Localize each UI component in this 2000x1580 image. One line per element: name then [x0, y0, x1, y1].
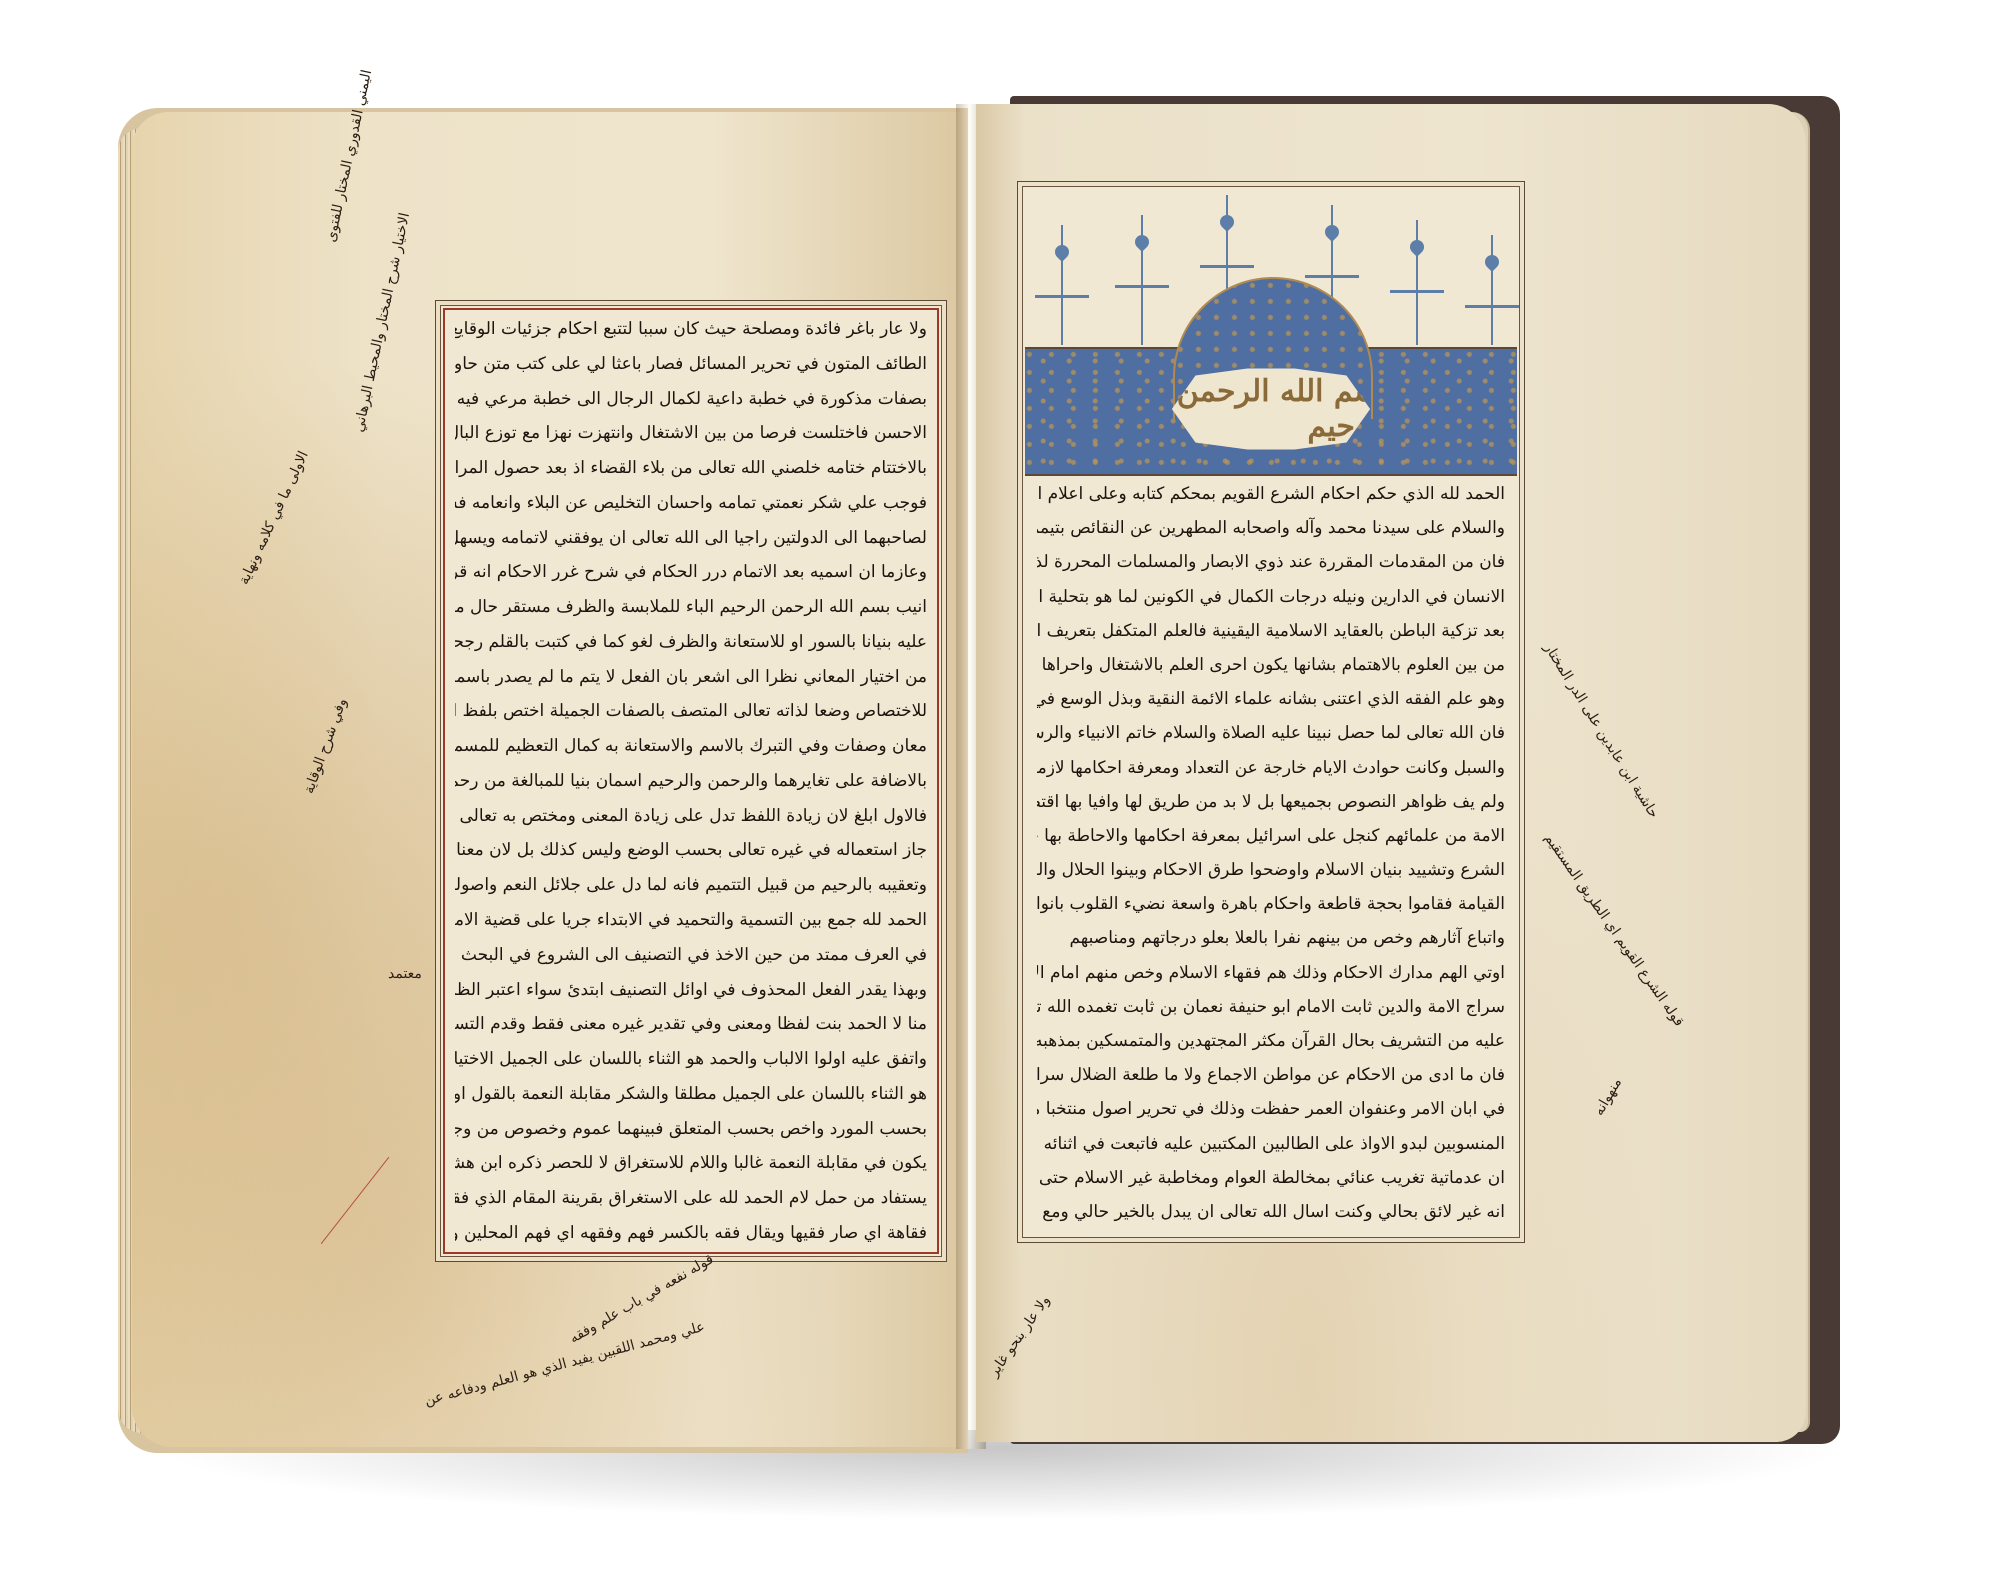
- manuscript-line: منا لا الحمد بنت لفظا ومعنى وفي تقدير غي…: [455, 1013, 927, 1035]
- manuscript-line: والسبل وكانت حوادث الايام خارجة عن التعد…: [1037, 757, 1505, 779]
- manuscript-line: يستفاد من حمل لام الحمد لله على الاستغرا…: [455, 1187, 927, 1209]
- manuscript-line: من بين العلوم بالاهتمام بشانها يكون احرى…: [1037, 654, 1505, 676]
- manuscript-line: هو الثناء باللسان على الجميل مطلقا والشك…: [455, 1083, 927, 1105]
- manuscript-line: يكون في مقابلة النعمة غالبا واللام للاست…: [455, 1152, 927, 1174]
- manuscript-line: انيب بسم الله الرحمن الرحيم الباء للملاب…: [455, 596, 927, 618]
- manuscript-line: معان وصفات وفي التبرك بالاسم والاستعانة …: [455, 735, 927, 757]
- floral-sprig: [1061, 225, 1063, 345]
- manuscript-line: بالاضافة على تغايرهما والرحمن والرحيم اس…: [455, 770, 927, 792]
- manuscript-line: واتباع آثارهم وخص من بينهم نفرا بالعلا ب…: [1037, 927, 1505, 949]
- manuscript-line: الاحسن فاختلست فرصا من بين الاشتغال وانت…: [455, 422, 927, 444]
- floral-sprig: [1141, 215, 1143, 345]
- manuscript-line: الحمد لله جمع بين التسمية والتحميد في ال…: [455, 909, 927, 931]
- manuscript-line: فقاهة اي صار فقيها ويقال فقه بالكسر فهم …: [455, 1222, 927, 1244]
- manuscript-line: للاختصاص وضعا لذاته تعالى المتصف بالصفات…: [455, 700, 927, 722]
- manuscript-line: عليه من التشريف بحال القرآن مكثر المجتهد…: [1037, 1030, 1505, 1052]
- manuscript-line: بحسب المورد واخص بحسب المتعلق فبينهما عم…: [455, 1118, 927, 1140]
- manuscript-line: بصفات مذكورة في خطبة داعية لكمال الرجال …: [455, 388, 927, 410]
- manuscript-line: فان من المقدمات المقررة عند ذوي الابصار …: [1037, 551, 1505, 573]
- manuscript-line: فان ما ادى من الاحكام عن مواطن الاجماع و…: [1037, 1064, 1505, 1086]
- left-text-lines: ولا عار باغر فائدة ومصلحة حيث كان سببا ل…: [455, 318, 927, 1244]
- manuscript-line: القيامة فقاموا بحجة قاطعة واحكام باهرة و…: [1037, 893, 1505, 915]
- manuscript-line: بالاختتام ختامه خلصني الله تعالى من بلاء…: [455, 457, 927, 479]
- manuscript-line: فالاول ابلغ لان زيادة اللفظ تدل على زياد…: [455, 805, 927, 827]
- manuscript-line: الطائف المتون في تحرير المسائل فصار باعث…: [455, 353, 927, 375]
- manuscript-line: المنسوبين لبدو الاواذ على الطالبين المكت…: [1037, 1133, 1505, 1155]
- manuscript-line: الامة من علمائهم كنجل على اسرائيل بمعرفة…: [1037, 825, 1505, 847]
- manuscript-line: لصاحبهما الى الدولتين راجيا الى الله تعا…: [455, 527, 927, 549]
- manuscript-line: وتعقيبه بالرحيم من قبيل التتميم فانه لما…: [455, 874, 927, 896]
- manuscript-line: ولم يف ظواهر النصوص بجميعها بل لا بد من …: [1037, 791, 1505, 813]
- manuscript-line: ولا عار باغر فائدة ومصلحة حيث كان سببا ل…: [455, 318, 927, 340]
- manuscript-line: فان الله تعالى لما حصل نبينا عليه الصلاة…: [1037, 722, 1505, 744]
- floral-sprig: [1416, 220, 1418, 345]
- manuscript-line: جاز استعماله في غيره تعالى بحسب الوضع ول…: [455, 839, 927, 861]
- manuscript-line: عليه بنيانا بالسور او للاستعانة والظرف ل…: [455, 631, 927, 653]
- manuscript-line: واتفق عليه اولوا الالباب والحمد هو الثنا…: [455, 1048, 927, 1070]
- manuscript-line: اوتي الهم مدارك الاحكام وذلك هم فقهاء ال…: [1037, 962, 1505, 984]
- manuscript-line: والسلام على سيدنا محمد وآله واصحابه المط…: [1037, 517, 1505, 539]
- manuscript-line: سراج الامة والدين ثابت الامام ابو حنيفة …: [1037, 996, 1505, 1018]
- manuscript-line: الانسان في الدارين ونيله درجات الكمال في…: [1037, 586, 1505, 608]
- margin-note: معتمد: [388, 965, 422, 983]
- right-text-lines: الحمد لله الذي حكم احكام الشرع القويم بم…: [1037, 483, 1505, 1223]
- manuscript-line: الشرع وتشييد بنيان الاسلام واوضحوا طرق ا…: [1037, 859, 1505, 881]
- manuscript-line: من اختيار المعاني نظرا الى اشعر بان الفع…: [455, 666, 927, 688]
- manuscript-line: انه غير لائق بحالي وكنت اسال الله تعالى …: [1037, 1201, 1505, 1223]
- manuscript-line: وهو علم الفقه الذي اعتنى بشانه علماء الا…: [1037, 688, 1505, 710]
- manuscript-line: وبهذا يقدر الفعل المحذوف في اوائل التصني…: [455, 979, 927, 1001]
- manuscript-line: الحمد لله الذي حكم احكام الشرع القويم بم…: [1037, 483, 1505, 505]
- manuscript-line: وعازما ان اسميه بعد الاتمام درر الحكام ف…: [455, 561, 927, 583]
- right-text-block: بسم الله الرحمن الرحيم الحمد لله الذي حك…: [1022, 186, 1520, 1238]
- manuscript-line: فوجب علي شكر نعمتي تمامه واحسان التخليص …: [455, 492, 927, 514]
- left-text-block: ولا عار باغر فائدة ومصلحة حيث كان سببا ل…: [440, 305, 942, 1257]
- floral-sprig: [1491, 235, 1493, 345]
- manuscript-line: بعد تزكية الباطن بالعقايد الاسلامية اليق…: [1037, 620, 1505, 642]
- manuscript-line: في ابان الامر وعنفوان العمر حفظت وذلك في…: [1037, 1098, 1505, 1120]
- manuscript-line: في العرف ممتد من حين الاخذ في التصنيف ال…: [455, 944, 927, 966]
- manuscript-line: ان عدماتية تغريب عنائي بمخالطة العوام وم…: [1037, 1167, 1505, 1189]
